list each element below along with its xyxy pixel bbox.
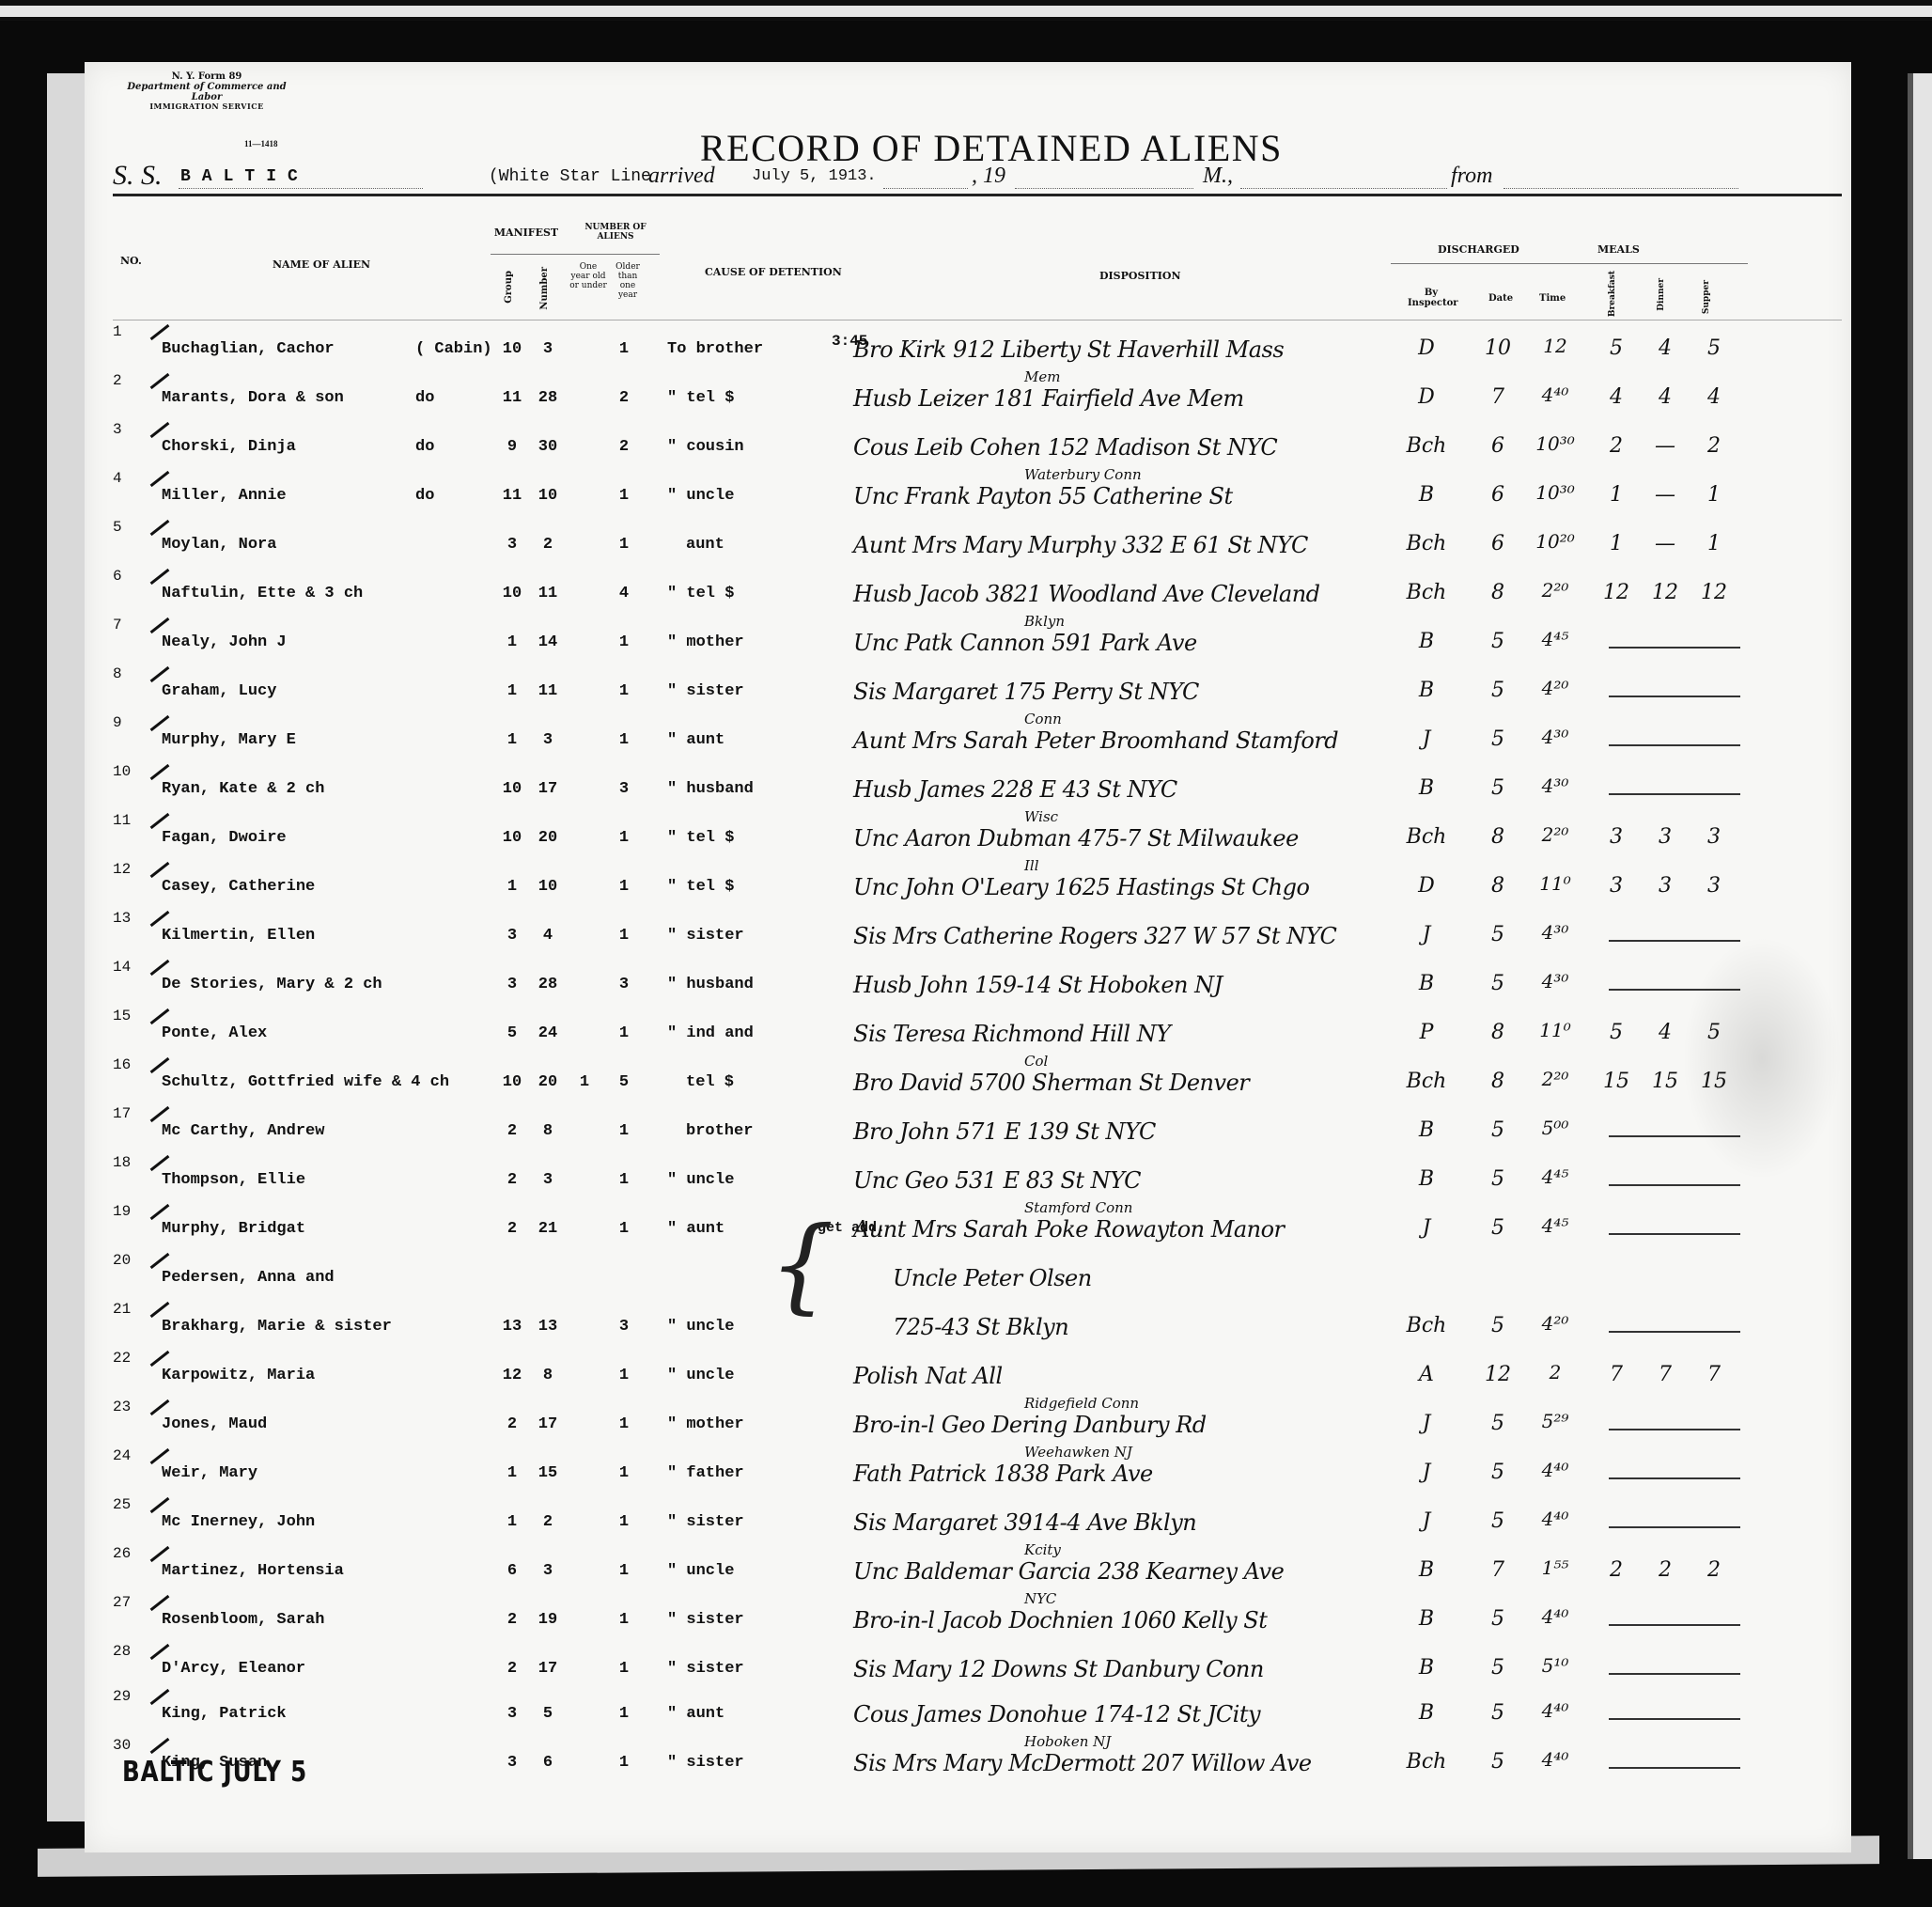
discharge-date: 6: [1479, 532, 1517, 555]
manifest-group: 3: [498, 976, 526, 993]
disposition: Husb James 228 E 43 St NYC: [853, 776, 1177, 803]
disposition: Sis Margaret 175 Perry St NYC: [853, 679, 1199, 705]
disposition: Sis Teresa Richmond Hill NY: [853, 1021, 1171, 1047]
manifest-group: 11: [498, 487, 526, 505]
manifest-number: 3: [534, 1171, 562, 1189]
discharge-time: 4⁴⁰: [1522, 1699, 1588, 1722]
table-row: 6Naftulin, Ette & 3 ch10114" tel $Husb J…: [85, 568, 1851, 617]
disposition-annotation: Mem: [1024, 368, 1060, 385]
row-number: 5: [113, 519, 122, 536]
table-row: 3Chorski, Dinjado9302" cousinCous Leib C…: [85, 421, 1851, 470]
disposition: Sis Mrs Catherine Rogers 327 W 57 St NYC: [853, 923, 1336, 949]
disposition: Aunt Mrs Sarah Peter Broomhand Stamford: [853, 727, 1338, 754]
disposition: Aunt Mrs Sarah Poke Rowayton Manor: [853, 1216, 1285, 1243]
row-number: 21: [113, 1301, 131, 1318]
meals-dash-line: [1609, 744, 1740, 746]
manifest-number: 3: [534, 731, 562, 749]
table-row: 27Rosenbloom, Sarah2191" sisterNYCBro-in…: [85, 1594, 1851, 1643]
inspector: B: [1400, 483, 1453, 507]
detention-cause: " sister: [667, 1660, 744, 1678]
detention-cause: " sister: [667, 1611, 744, 1629]
manifest-group: 6: [498, 1562, 526, 1580]
alien-name: Martinez, Hortensia: [162, 1562, 344, 1580]
meal-supper: 3: [1693, 825, 1735, 849]
manifest-number: 4: [534, 927, 562, 945]
col-manifest: MANIFEST: [489, 227, 564, 239]
alien-name: Ryan, Kate & 2 ch: [162, 780, 324, 798]
row-number: 11: [113, 812, 131, 829]
manifest-number: 11: [534, 682, 562, 700]
detention-cause: " sister: [667, 1754, 744, 1772]
inspector: Bch: [1400, 1314, 1453, 1337]
inspector: D: [1400, 336, 1453, 360]
table-row: 1Buchaglian, Cachor( Cabin)1031To brothe…: [85, 323, 1851, 372]
row-number: 25: [113, 1496, 131, 1513]
inspector: J: [1400, 1509, 1453, 1533]
count-older: 1: [613, 1562, 635, 1580]
col-breakfast: Breakfast: [1609, 271, 1618, 317]
row-number: 13: [113, 910, 131, 927]
discharge-time: 11⁰: [1522, 872, 1588, 895]
row-number: 14: [113, 959, 131, 976]
table-row: 22Karpowitz, Maria1281" unclePolish Nat …: [85, 1350, 1851, 1399]
row-number: 6: [113, 568, 122, 585]
count-older: 2: [613, 438, 635, 456]
check-mark-icon: [150, 1106, 170, 1122]
count-older: 1: [613, 731, 635, 749]
discharge-date: 7: [1479, 385, 1517, 409]
detention-cause: " aunt: [667, 731, 724, 749]
manifest-number: 13: [534, 1318, 562, 1336]
check-mark-icon: [150, 1546, 170, 1562]
manifest-number: 14: [534, 633, 562, 651]
detention-cause: " ind and: [667, 1024, 754, 1042]
passenger-class: do: [415, 438, 434, 456]
discharge-date: 8: [1479, 825, 1517, 849]
manifest-number: 17: [534, 1660, 562, 1678]
discharge-date: 5: [1479, 776, 1517, 800]
meal-breakfast: 3: [1596, 825, 1637, 849]
discharge-date: 10: [1479, 336, 1517, 360]
meal-breakfast: 1: [1596, 532, 1637, 555]
discharge-time: 4³⁰: [1522, 970, 1588, 993]
row-number: 30: [113, 1737, 131, 1754]
disposition: Bro-in-l Jacob Dochnien 1060 Kelly St: [853, 1607, 1267, 1633]
discharge-time: 2²⁰: [1522, 579, 1588, 602]
col-older-than-one: Older than one year: [611, 263, 645, 301]
discharge-time: 2: [1522, 1361, 1588, 1383]
ship-name: BALTIC: [180, 167, 309, 186]
discharge-date: 5: [1479, 972, 1517, 995]
alien-name: Murphy, Mary E: [162, 731, 296, 749]
form-code: 11—1418: [244, 139, 278, 148]
table-row: 12Casey, Catherine1101" tel $IllUnc John…: [85, 861, 1851, 910]
alien-name: Chorski, Dinja: [162, 438, 296, 456]
inspector: Bch: [1400, 581, 1453, 604]
meals-dash-line: [1609, 1624, 1740, 1626]
detention-cause: " mother: [667, 633, 744, 651]
inspector: J: [1400, 1412, 1453, 1435]
alien-name: Buchaglian, Cachor: [162, 340, 335, 358]
disposition: Bro David 5700 Sherman St Denver: [853, 1070, 1249, 1096]
col-date: Date: [1488, 293, 1513, 304]
table-row: 10Ryan, Kate & 2 ch10173" husbandHusb Ja…: [85, 763, 1851, 812]
disposition-annotation: Ridgefield Conn: [1024, 1395, 1139, 1412]
discharge-date: 5: [1479, 1656, 1517, 1680]
disposition: Bro-in-l Geo Dering Danbury Rd: [853, 1412, 1207, 1438]
inspector: D: [1400, 385, 1453, 409]
row-number: 9: [113, 714, 122, 731]
col-no: NO.: [120, 256, 142, 267]
manifest-number: 11: [534, 585, 562, 602]
meals-dash-line: [1609, 1184, 1740, 1186]
manifest-group: 2: [498, 1415, 526, 1433]
row-number: 16: [113, 1056, 131, 1073]
alien-name: Ponte, Alex: [162, 1024, 267, 1042]
alien-name: Nealy, John J: [162, 633, 287, 651]
disposition-annotation: NYC: [1024, 1590, 1056, 1607]
paper-stain: [1682, 936, 1842, 1180]
manifest-group: 1: [498, 1513, 526, 1531]
detention-cause: " uncle: [667, 1171, 734, 1189]
meals-dash-line: [1609, 1526, 1740, 1528]
disposition: Bro Kirk 912 Liberty St Haverhill Mass: [853, 336, 1284, 363]
meals-dash-line: [1609, 1331, 1740, 1333]
discharge-time: 4⁴⁰: [1522, 1605, 1588, 1628]
manifest-group: 3: [498, 536, 526, 554]
discharge-time: 4⁴⁰: [1522, 1459, 1588, 1481]
col-one-year-under: One year old or under: [569, 263, 607, 291]
manifest-group: 2: [498, 1171, 526, 1189]
meal-dinner: 12: [1644, 581, 1686, 604]
disposition: 725-43 St Bklyn: [893, 1314, 1068, 1340]
alien-name: D'Arcy, Eleanor: [162, 1660, 305, 1678]
count-older: 1: [613, 1171, 635, 1189]
year-label: , 19: [972, 164, 1005, 189]
disposition-annotation: Conn: [1024, 711, 1062, 727]
count-older: 1: [613, 1705, 635, 1723]
meals-rule: [1588, 263, 1748, 264]
row-number: 17: [113, 1105, 131, 1122]
discharge-time: 10³⁰: [1522, 481, 1588, 504]
meal-supper: 2: [1693, 434, 1735, 458]
table-row: 25Mc Inerney, John121" sisterSis Margare…: [85, 1496, 1851, 1545]
alien-name: Karpowitz, Maria: [162, 1367, 315, 1384]
count-older: 1: [613, 1660, 635, 1678]
detention-cause: To brother: [667, 340, 763, 358]
check-mark-icon: [150, 324, 170, 340]
meal-breakfast: 5: [1596, 336, 1637, 360]
count-older: 1: [613, 1367, 635, 1384]
discharge-date: 8: [1479, 874, 1517, 898]
table-row: 4Miller, Anniedo11101" uncleWaterbury Co…: [85, 470, 1851, 519]
inspector: J: [1400, 1216, 1453, 1240]
detention-cause: " uncle: [667, 1318, 734, 1336]
record-page: N. Y. Form 89 Department of Commerce and…: [85, 62, 1851, 1852]
check-mark-icon: [150, 1008, 170, 1024]
manifest-number: 19: [534, 1611, 562, 1629]
meal-dinner: —: [1644, 483, 1686, 507]
table-row: 30King, Susan361" sisterHoboken NJSis Mr…: [85, 1737, 1851, 1786]
check-mark-icon: [150, 617, 170, 633]
col-name: NAME OF ALIEN: [273, 259, 370, 271]
meal-breakfast: 15: [1596, 1070, 1637, 1093]
disposition-annotation: Bklyn: [1024, 613, 1065, 630]
meals-dash-line: [1609, 1429, 1740, 1430]
detention-cause: " tel $: [667, 389, 734, 407]
detention-cause: " cousin: [667, 438, 744, 456]
meals-dash-line: [1609, 1718, 1740, 1720]
detention-cause: " husband: [667, 780, 754, 798]
discharge-time: 11⁰: [1522, 1019, 1588, 1041]
form-header: N. Y. Form 89 Department of Commerce and…: [113, 71, 301, 111]
alien-name: Pedersen, Anna and: [162, 1269, 335, 1287]
meal-dinner: 4: [1644, 1021, 1686, 1044]
check-mark-icon: [150, 1204, 170, 1220]
discharge-time: 1⁵⁵: [1522, 1556, 1588, 1579]
discharge-time: 4³⁰: [1522, 726, 1588, 748]
row-number: 10: [113, 763, 131, 780]
check-mark-icon: [150, 764, 170, 780]
meal-dinner: 2: [1644, 1558, 1686, 1582]
meal-dinner: 3: [1644, 874, 1686, 898]
row-number: 15: [113, 1008, 131, 1024]
inspector: Bch: [1400, 532, 1453, 555]
adjacent-sheet-right: [1908, 73, 1932, 1859]
discharge-date: 5: [1479, 679, 1517, 702]
check-mark-icon: [150, 1155, 170, 1171]
manifest-number: 10: [534, 878, 562, 896]
alien-name: Casey, Catherine: [162, 878, 315, 896]
manifest-group: 1: [498, 731, 526, 749]
meals-dash-line: [1609, 1767, 1740, 1769]
manifest-rule: [491, 254, 660, 255]
count-older: 1: [613, 340, 635, 358]
detention-cause: " tel $: [667, 829, 734, 847]
manifest-number: 3: [534, 1562, 562, 1580]
disposition-annotation: Stamford Conn: [1024, 1199, 1132, 1216]
inspector: A: [1400, 1363, 1453, 1386]
discharge-date: 6: [1479, 483, 1517, 507]
shipping-line: (White Star Line: [489, 167, 651, 186]
disposition: Unc Aaron Dubman 475-7 St Milwaukee: [853, 825, 1299, 852]
meal-dinner: 15: [1644, 1070, 1686, 1093]
manifest-number: 8: [534, 1367, 562, 1384]
disposition: Bro John 571 E 139 St NYC: [853, 1118, 1156, 1145]
disposition: Cous James Donohue 174-12 St JCity: [853, 1701, 1260, 1727]
count-older: 3: [613, 976, 635, 993]
alien-name: De Stories, Mary & 2 ch: [162, 976, 382, 993]
detention-cause: brother: [686, 1122, 753, 1140]
manifest-group: 3: [498, 1705, 526, 1723]
count-older: 1: [613, 1464, 635, 1482]
row-number: 22: [113, 1350, 131, 1367]
manifest-number: 2: [534, 1513, 562, 1531]
manifest-number: 17: [534, 1415, 562, 1433]
count-older: 1: [613, 1754, 635, 1772]
discharge-date: 5: [1479, 1701, 1517, 1725]
alien-name: Mc Carthy, Andrew: [162, 1122, 324, 1140]
discharge-date: 5: [1479, 1461, 1517, 1484]
detention-cause: " uncle: [667, 1562, 734, 1580]
detention-cause: " sister: [667, 1513, 744, 1531]
detention-cause: " sister: [667, 927, 744, 945]
count-older: 2: [613, 389, 635, 407]
count-older: 1: [613, 1415, 635, 1433]
table-row: 29King, Patrick351" auntCous James Donoh…: [85, 1688, 1851, 1737]
manifest-group: 9: [498, 438, 526, 456]
meal-breakfast: 12: [1596, 581, 1637, 604]
discharge-time: 4⁴⁵: [1522, 1165, 1588, 1188]
row-number: 2: [113, 372, 122, 389]
discharge-date: 5: [1479, 630, 1517, 653]
meal-breakfast: 5: [1596, 1021, 1637, 1044]
discharge-date: 5: [1479, 727, 1517, 751]
brace-mark-icon: {: [769, 1212, 834, 1316]
row-number: 27: [113, 1594, 131, 1611]
check-mark-icon: [150, 1644, 170, 1660]
row-number: 12: [113, 861, 131, 878]
discharge-date: 5: [1479, 1314, 1517, 1337]
discharge-time: 2²⁰: [1522, 823, 1588, 846]
manifest-number: 24: [534, 1024, 562, 1042]
count-older: 1: [613, 682, 635, 700]
count-older: 1: [613, 1024, 635, 1042]
manifest-group: 2: [498, 1611, 526, 1629]
inspector: J: [1400, 923, 1453, 946]
check-mark-icon: [150, 1302, 170, 1318]
discharge-date: 5: [1479, 1750, 1517, 1774]
row-number: 18: [113, 1154, 131, 1171]
detention-cause: " mother: [667, 1415, 744, 1433]
count-older: 1: [613, 1220, 635, 1238]
meals-dash-line: [1609, 1233, 1740, 1235]
meal-supper: 3: [1693, 874, 1735, 898]
alien-name: Graham, Lucy: [162, 682, 276, 700]
inspector: Bch: [1400, 1750, 1453, 1774]
disposition-annotation: Col: [1024, 1053, 1048, 1070]
header-bottom-rule: [113, 320, 1842, 320]
row-number: 29: [113, 1688, 131, 1705]
row-number: 26: [113, 1545, 131, 1562]
meals-dash-line: [1609, 1477, 1740, 1479]
manifest-group: 2: [498, 1660, 526, 1678]
check-mark-icon: [150, 373, 170, 389]
year-dotted-line: [1015, 188, 1193, 189]
discharge-time: 2²⁰: [1522, 1068, 1588, 1090]
count-older: 1: [613, 487, 635, 505]
check-mark-icon: [150, 1497, 170, 1513]
discharge-time: 4⁴⁰: [1522, 383, 1588, 406]
count-older: 1: [613, 536, 635, 554]
discharge-date: 6: [1479, 434, 1517, 458]
discharge-date: 5: [1479, 923, 1517, 946]
check-mark-icon: [150, 1448, 170, 1464]
manifest-group: 5: [498, 1024, 526, 1042]
count-older: 3: [613, 1318, 635, 1336]
disposition: Fath Patrick 1838 Park Ave: [853, 1461, 1153, 1487]
service-name: IMMIGRATION SERVICE: [113, 102, 301, 111]
manifest-number: 8: [534, 1122, 562, 1140]
manifest-group: 1: [498, 633, 526, 651]
alien-name: Brakharg, Marie & sister: [162, 1318, 392, 1336]
meal-dinner: 7: [1644, 1363, 1686, 1386]
manifest-number: 28: [534, 976, 562, 993]
row-number: 28: [113, 1643, 131, 1660]
disposition: Unc Frank Payton 55 Catherine St: [853, 483, 1233, 509]
table-row: 14De Stories, Mary & 2 ch3283" husbandHu…: [85, 959, 1851, 1008]
disposition-annotation: Waterbury Conn: [1024, 466, 1142, 483]
count-one-year-under: 1: [573, 1073, 596, 1091]
inspector: Bch: [1400, 825, 1453, 849]
table-row: 20Pedersen, Anna andUncle Peter Olsen: [85, 1252, 1851, 1301]
check-mark-icon: [150, 1738, 170, 1754]
discharge-time: 4⁴⁰: [1522, 1748, 1588, 1771]
manifest-number: 5: [534, 1705, 562, 1723]
alien-name: Marants, Dora & son: [162, 389, 344, 407]
disposition: Husb John 159-14 St Hoboken NJ: [853, 972, 1223, 998]
manifest-group: 10: [498, 829, 526, 847]
m-dotted-line: [1240, 188, 1447, 189]
col-number: Number: [539, 267, 550, 310]
alien-name: Jones, Maud: [162, 1415, 267, 1433]
discharge-time: 5⁰⁰: [1522, 1117, 1588, 1139]
passenger-class: do: [415, 389, 434, 407]
discharge-time: 10³⁰: [1522, 432, 1588, 455]
table-row: 8Graham, Lucy1111" sisterSis Margaret 17…: [85, 665, 1851, 714]
disposition: Sis Mary 12 Downs St Danbury Conn: [853, 1656, 1264, 1682]
manifest-number: 3: [534, 340, 562, 358]
discharge-date: 5: [1479, 1216, 1517, 1240]
meal-supper: 7: [1693, 1363, 1735, 1386]
disposition-annotation: Ill: [1024, 857, 1039, 874]
meal-dinner: —: [1644, 532, 1686, 555]
detention-cause: " tel $: [667, 585, 734, 602]
discharge-time: 4⁴⁵: [1522, 1214, 1588, 1237]
count-older: 1: [613, 633, 635, 651]
col-group: Group: [504, 271, 514, 304]
meal-supper: 2: [1693, 1558, 1735, 1582]
row-number: 23: [113, 1399, 131, 1415]
manifest-group: 2: [498, 1122, 526, 1140]
manifest-group: 10: [498, 1073, 526, 1091]
m-label: M.,: [1203, 164, 1233, 189]
disposition: Unc Baldemar Garcia 238 Kearney Ave: [853, 1558, 1284, 1585]
disposition: Uncle Peter Olsen: [893, 1265, 1092, 1291]
table-row: 18Thompson, Ellie231" uncleUnc Geo 531 E…: [85, 1154, 1851, 1203]
check-mark-icon: [150, 1399, 170, 1415]
inspector: B: [1400, 630, 1453, 653]
inspector: D: [1400, 874, 1453, 898]
check-mark-icon: [150, 862, 170, 878]
col-number-of-aliens: NUMBER OF ALIENS: [573, 224, 658, 242]
count-older: 1: [613, 1122, 635, 1140]
disposition: Aunt Mrs Mary Murphy 332 E 61 St NYC: [853, 532, 1308, 558]
ship-dotted-line: [179, 188, 423, 189]
discharge-date: 8: [1479, 581, 1517, 604]
row-number: 4: [113, 470, 122, 487]
meal-dinner: 3: [1644, 825, 1686, 849]
meal-dinner: 4: [1644, 336, 1686, 360]
discharge-time: 5¹⁰: [1522, 1654, 1588, 1677]
count-older: 1: [613, 878, 635, 896]
meals-dash-line: [1609, 1673, 1740, 1675]
discharge-time: 12: [1522, 335, 1588, 357]
meal-supper: 5: [1693, 336, 1735, 360]
meal-breakfast: 7: [1596, 1363, 1637, 1386]
detention-cause: " tel $: [667, 878, 734, 896]
alien-name: Kilmertin, Ellen: [162, 927, 315, 945]
